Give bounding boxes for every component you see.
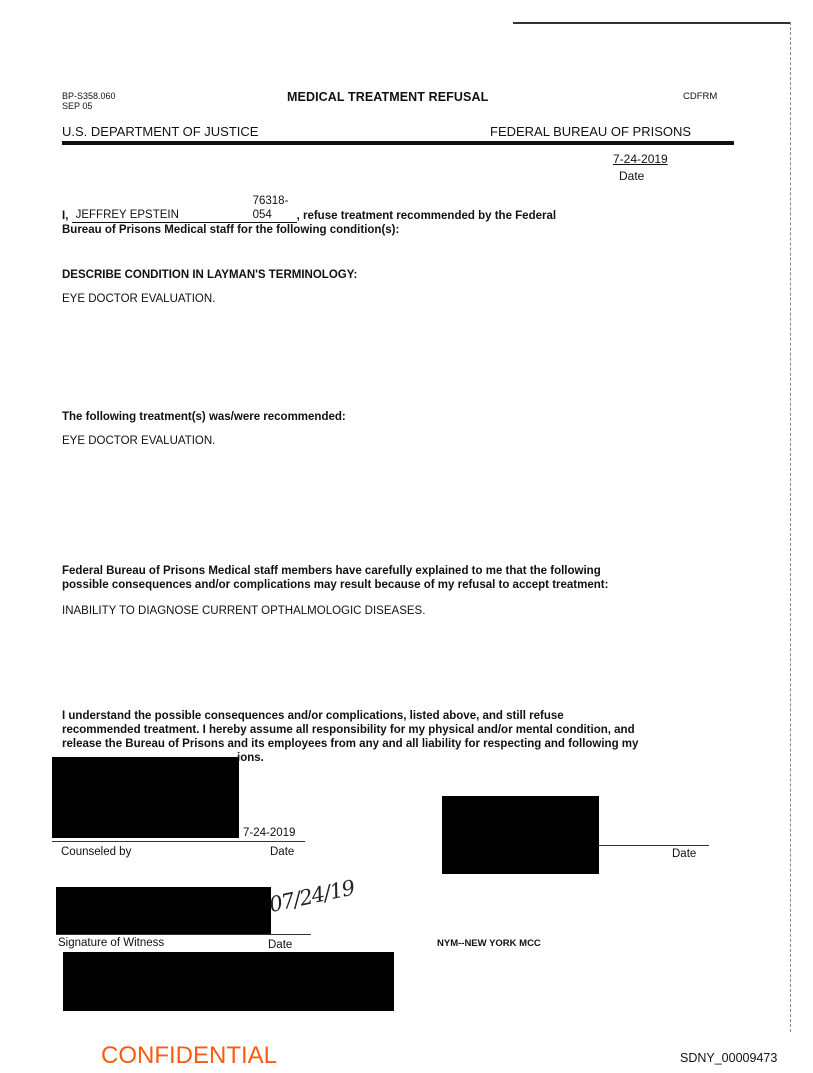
form-revision-date: SEP 05 bbox=[62, 101, 116, 111]
form-code: CDFRM bbox=[683, 91, 717, 102]
treatment-heading: The following treatment(s) was/were reco… bbox=[62, 410, 346, 424]
scan-border-right bbox=[790, 22, 791, 1032]
register-number: 76318-054 bbox=[253, 194, 297, 222]
patient-name: JEFFREY EPSTEIN bbox=[76, 208, 179, 222]
consequences-heading-line-1: Federal Bureau of Prisons Medical staff … bbox=[62, 564, 608, 578]
consequences-value: INABILITY TO DIAGNOSE CURRENT OPTHALMOLO… bbox=[62, 604, 425, 618]
counseled-date-label: Date bbox=[270, 846, 294, 858]
institution-name: NYM--NEW YORK MCC bbox=[437, 938, 541, 949]
acknowledgement-line-1: I understand the possible consequences a… bbox=[62, 709, 638, 723]
consequences-heading: Federal Bureau of Prisons Medical staff … bbox=[62, 564, 608, 592]
statement-prefix: I, bbox=[62, 210, 68, 222]
counseled-date-value: 7-24-2019 bbox=[243, 827, 295, 839]
statement-line-2: Bureau of Prisons Medical staff for the … bbox=[62, 224, 399, 236]
bates-number: SDNY_00009473 bbox=[680, 1051, 777, 1065]
bureau-name: FEDERAL BUREAU OF PRISONS bbox=[490, 124, 691, 139]
document-title: MEDICAL TREATMENT REFUSAL bbox=[287, 90, 488, 104]
condition-heading: DESCRIBE CONDITION IN LAYMAN'S TERMINOLO… bbox=[62, 268, 357, 282]
patient-statement: I, JEFFREY EPSTEIN76318-054, refuse trea… bbox=[62, 209, 556, 237]
form-date-label: Date bbox=[619, 169, 644, 183]
inmate-signature-line bbox=[599, 845, 709, 846]
condition-value: EYE DOCTOR EVALUATION. bbox=[62, 292, 215, 306]
witness-label: Signature of Witness bbox=[58, 937, 164, 949]
redaction-counselor-signature bbox=[52, 757, 239, 838]
header-divider bbox=[62, 141, 734, 145]
form-date-value: 7-24-2019 bbox=[613, 152, 668, 166]
witness-signature-line bbox=[56, 934, 311, 935]
inmate-date-label: Date bbox=[672, 848, 696, 860]
statement-tail: , refuse treatment recommended by the Fe… bbox=[297, 210, 556, 222]
redaction-witness-signature bbox=[56, 887, 271, 934]
department-name: U.S. DEPARTMENT OF JUSTICE bbox=[62, 124, 258, 139]
acknowledgement-line-2: recommended treatment. I hereby assume a… bbox=[62, 723, 638, 737]
counselor-signature-line bbox=[52, 841, 305, 842]
witness-date-label: Date bbox=[268, 939, 292, 951]
witness-date-handwritten: 07/24/19 bbox=[267, 876, 356, 917]
redaction-witness-name bbox=[63, 952, 394, 1011]
consequences-heading-line-2: possible consequences and/or complicatio… bbox=[62, 578, 608, 592]
redaction-inmate-signature bbox=[442, 796, 599, 874]
acknowledgement-line-3: release the Bureau of Prisons and its em… bbox=[62, 737, 638, 751]
counseled-by-label: Counseled by bbox=[61, 846, 131, 858]
form-number: BP-S358.060 SEP 05 bbox=[62, 91, 116, 111]
patient-name-field: JEFFREY EPSTEIN76318-054 bbox=[72, 209, 297, 223]
treatment-value: EYE DOCTOR EVALUATION. bbox=[62, 434, 215, 448]
form-number-code: BP-S358.060 bbox=[62, 91, 116, 101]
scan-border-top bbox=[513, 22, 791, 24]
confidential-watermark: CONFIDENTIAL bbox=[101, 1042, 277, 1070]
